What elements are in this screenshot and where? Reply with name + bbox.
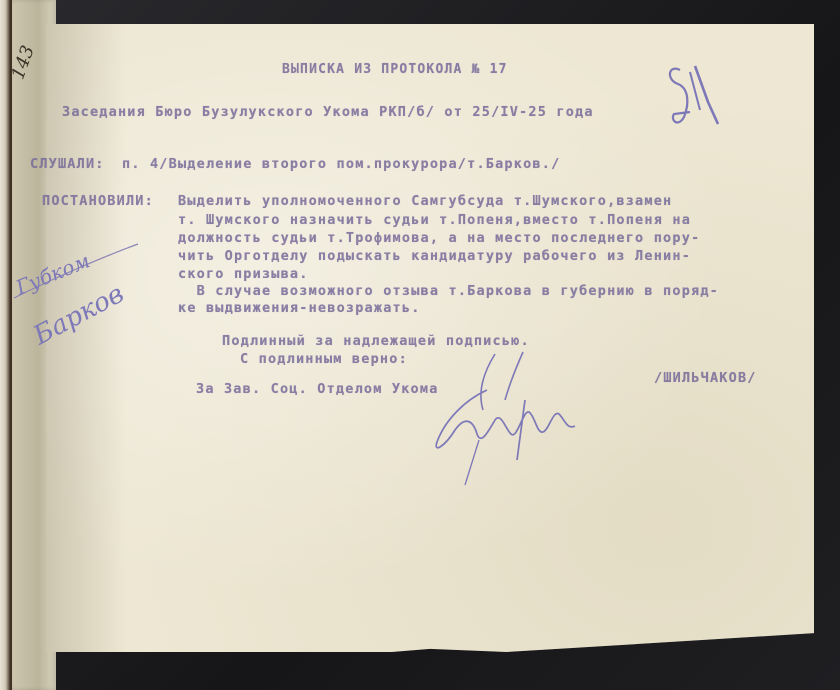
heard-text: п. 4/Выделение второго пом.прокурора/т.Б… <box>122 156 560 172</box>
resolved-line-2: т. Шумского назначить судьи т.Попеня,вме… <box>178 212 691 228</box>
resolved-label: ПОСТАНОВИЛИ: <box>42 193 154 209</box>
heard-label: СЛУШАЛИ: <box>30 156 105 172</box>
document-title: ВЫПИСКА ИЗ ПРОТОКОЛА № 17 <box>282 62 508 77</box>
certification-line-2: С подлинным верно: <box>240 351 408 367</box>
resolved-line-1: Выделить уполномоченного Самгубсуда т.Шу… <box>178 193 672 209</box>
resolved-line-4: чить Орготделу подыскать кандидатуру раб… <box>178 248 691 264</box>
signatory-name: /ШИЛЬЧАКОВ/ <box>654 370 757 386</box>
resolved-line-5: ского призыва. <box>178 266 309 282</box>
document-subtitle: Заседания Бюро Бузулукского Укома РКП/б/… <box>62 104 594 120</box>
signature <box>425 350 595 490</box>
resolved-line-6: В случае возможного отзыва т.Баркова в г… <box>178 283 719 299</box>
handwritten-page-number <box>660 62 730 132</box>
certification-line-1: Подлинный за надлежащей подписью. <box>222 333 530 349</box>
resolved-line-3: должность судьи т.Трофимова, а на место … <box>178 230 700 246</box>
signatory-position: За Зав. Соц. Отделом Укома <box>196 381 439 397</box>
resolved-line-7: ке выдвижения-невозражать. <box>178 300 421 316</box>
